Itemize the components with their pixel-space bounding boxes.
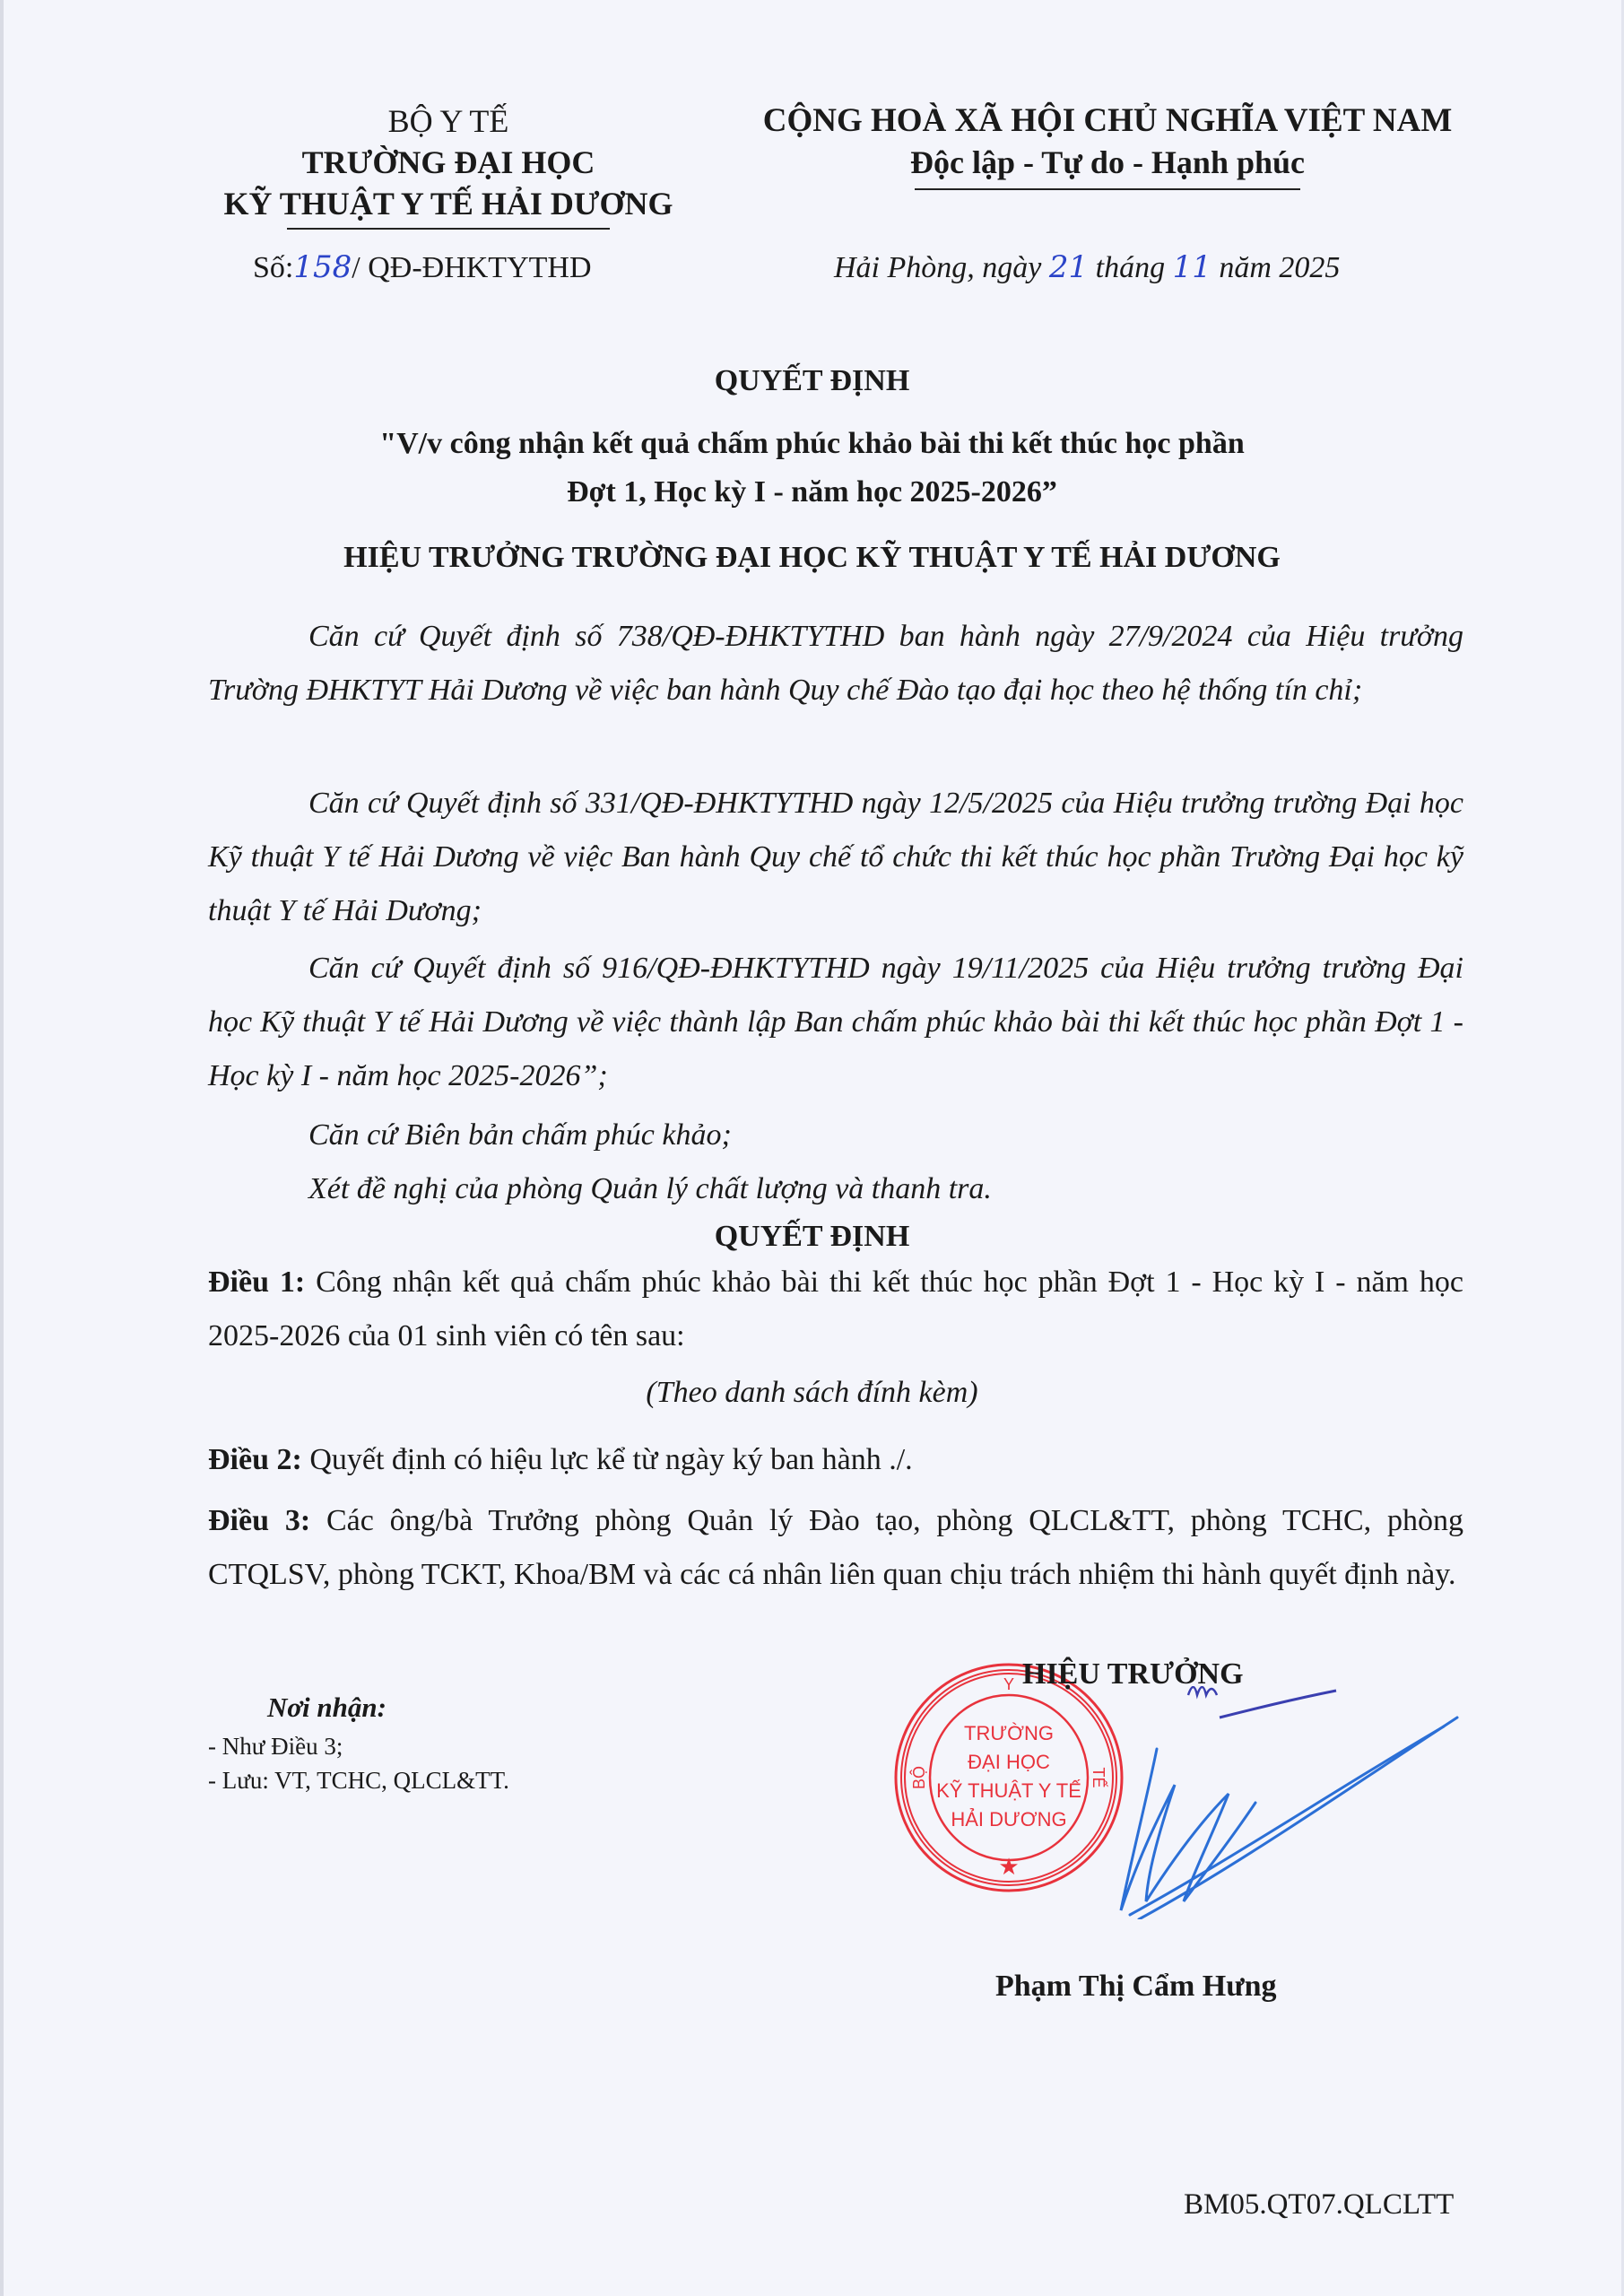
legal-ground-text: Căn cứ Biên bản chấm phúc khảo; — [308, 1118, 732, 1152]
decision-heading: QUYẾT ĐỊNH — [0, 1220, 1624, 1254]
national-motto: Độc lập - Tự do - Hạnh phúc — [722, 142, 1493, 183]
attachment-note: (Theo danh sách đính kèm) — [0, 1376, 1624, 1410]
stamp-top-text: Y — [1003, 1675, 1014, 1693]
recipient-item: - Như Điều 3; — [208, 1729, 509, 1763]
number-suffix: / QĐ-ĐHKTYTHD — [352, 251, 591, 284]
subject-line-2: Đợt 1, Học kỳ I - năm học 2025-2026” — [0, 475, 1624, 509]
article-text: Quyết định có hiệu lực kể từ ngày ký ban… — [302, 1443, 913, 1476]
stamp-left-text: BỘ — [909, 1766, 928, 1789]
article-text: Các ông/bà Trưởng phòng Quản lý Đào tạo,… — [208, 1504, 1463, 1591]
legal-ground-text: Căn cứ Quyết định số 916/QĐ-ĐHKTYTHD ngà… — [208, 952, 1463, 1092]
date-month: 11 — [1173, 249, 1211, 285]
legal-ground-3: Căn cứ Quyết định số 916/QĐ-ĐHKTYTHD ngà… — [208, 942, 1463, 1103]
stamp-line: KỸ THUẬT Y TẾ — [936, 1779, 1081, 1802]
article-1: Điều 1: Công nhận kết quả chấm phúc khảo… — [208, 1256, 1463, 1363]
article-label: Điều 3: — [208, 1504, 310, 1537]
number-prefix: Số: — [253, 251, 293, 284]
stamp-line: ĐẠI HỌC — [968, 1751, 1050, 1773]
issuer-header: BỘ Y TẾ TRƯỜNG ĐẠI HỌC KỸ THUẬT Y TẾ HẢI… — [179, 100, 717, 230]
article-label: Điều 2: — [208, 1443, 302, 1476]
document-title: QUYẾT ĐỊNH — [0, 364, 1624, 398]
legal-ground-text: Căn cứ Quyết định số 738/QĐ-ĐHKTYTHD ban… — [208, 620, 1463, 707]
stamp-line: TRƯỜNG — [964, 1722, 1054, 1744]
nation-name: CỘNG HOÀ XÃ HỘI CHỦ NGHĨA VIỆT NAM — [722, 100, 1493, 142]
issue-date: Hải Phòng, ngày 21 tháng 11 năm 2025 — [834, 249, 1340, 285]
signatory-name: Phạm Thị Cẩm Hưng — [995, 1970, 1277, 2004]
official-seal-icon: Y BỘ TẾ TRƯỜNG ĐẠI HỌC KỸ THUẬT Y TẾ HẢI… — [892, 1661, 1125, 1894]
legal-ground-text: Căn cứ Quyết định số 331/QĐ-ĐHKTYTHD ngà… — [208, 787, 1463, 927]
page-edge-left — [0, 0, 4, 2296]
article-3: Điều 3: Các ông/bà Trưởng phòng Quản lý … — [208, 1494, 1463, 1602]
national-header: CỘNG HOÀ XÃ HỘI CHỦ NGHĨA VIỆT NAM Độc l… — [722, 100, 1493, 190]
ministry-name: BỘ Y TẾ — [179, 100, 717, 142]
stamp-line: HẢI DƯƠNG — [951, 1808, 1066, 1831]
school-name-line2: KỸ THUẬT Y TẾ HẢI DƯƠNG — [179, 183, 717, 224]
legal-ground-2: Căn cứ Quyết định số 331/QĐ-ĐHKTYTHD ngà… — [208, 777, 1463, 938]
article-text: Công nhận kết quả chấm phúc khảo bài thi… — [208, 1265, 1463, 1352]
star-icon: ★ — [998, 1853, 1019, 1880]
motto-underline — [915, 188, 1300, 190]
handwritten-signature-icon — [1103, 1686, 1462, 1919]
legal-ground-1: Căn cứ Quyết định số 738/QĐ-ĐHKTYTHD ban… — [208, 610, 1463, 717]
date-year: năm 2025 — [1219, 251, 1340, 284]
issuing-authority: HIỆU TRƯỞNG TRƯỜNG ĐẠI HỌC KỸ THUẬT Y TẾ… — [0, 541, 1624, 575]
recipients-title: Nơi nhận: — [267, 1692, 386, 1724]
issuer-underline — [287, 228, 610, 230]
number-handwritten: 158 — [293, 249, 352, 285]
article-label: Điều 1: — [208, 1265, 305, 1299]
subject-line-1: "V/v công nhận kết quả chấm phúc khảo bà… — [0, 427, 1624, 461]
form-code: BM05.QT07.QLCLTT — [1184, 2188, 1454, 2222]
recipient-item: - Lưu: VT, TCHC, QLCL&TT. — [208, 1763, 509, 1797]
date-prefix: Hải Phòng, ngày — [834, 251, 1041, 284]
document-number: Số:158/ QĐ-ĐHKTYTHD — [253, 249, 592, 285]
recipients-list: - Như Điều 3; - Lưu: VT, TCHC, QLCL&TT. — [208, 1729, 509, 1797]
legal-ground-4: Căn cứ Biên bản chấm phúc khảo; — [208, 1109, 1463, 1162]
legal-ground-text: Xét đề nghị của phòng Quản lý chất lượng… — [308, 1172, 992, 1205]
decision-document: BỘ Y TẾ TRƯỜNG ĐẠI HỌC KỸ THUẬT Y TẾ HẢI… — [0, 0, 1624, 2296]
date-day: 21 — [1049, 249, 1088, 285]
school-name-line1: TRƯỜNG ĐẠI HỌC — [179, 142, 717, 183]
article-2: Điều 2: Quyết định có hiệu lực kể từ ngà… — [208, 1433, 1463, 1487]
legal-ground-5: Xét đề nghị của phòng Quản lý chất lượng… — [208, 1162, 1463, 1216]
date-month-label: tháng — [1096, 251, 1165, 284]
